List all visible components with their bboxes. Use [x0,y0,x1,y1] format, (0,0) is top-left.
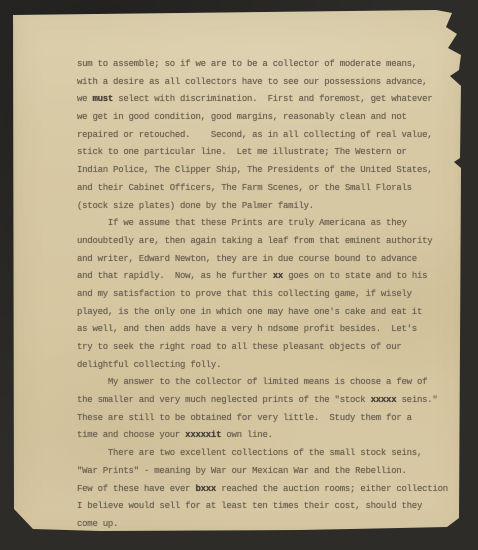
typed-text: own line. [221,430,273,440]
typed-text: as well, and then adds have a very h nds… [77,324,417,334]
typed-text: repaired or retouched. Second, as in all… [77,130,432,140]
text-line: and that rapidly. Now, as he further xx … [77,268,437,286]
text-line: undoubtedly are, then again taking a lea… [77,233,437,251]
typed-text: the smaller and very much neglected prin… [77,395,371,405]
typed-text: If we assume that these Prints are truly… [77,218,407,228]
typed-strikeover: xx [273,271,283,281]
text-line: stick to one particular line. Let me ill… [77,144,437,162]
text-line: (stock size plates) done by the Palmer f… [77,198,437,216]
typed-text: we [77,94,92,104]
typed-strikeover: xxxxx [371,395,397,405]
text-line: we get in good condition, good margins, … [77,109,437,127]
typed-text: I believe would sell for at least ten ti… [77,501,422,511]
typed-text: stick to one particular line. Let me ill… [77,147,407,157]
text-line: with a desire as all collectors have to … [77,74,437,92]
text-line: we must select with discrimination. Firs… [77,91,437,109]
text-line: played, is the only one in which one may… [77,304,437,322]
typed-text: and that rapidly. Now, as he further [77,271,273,281]
typed-text: Few of these have ever [77,484,195,494]
typed-strikeover: xxxxxit [185,430,221,440]
typed-strikeover: bxxx [195,484,216,494]
typed-text: try to seek the right road to all these … [77,342,402,352]
typed-text: These are still to be obtained for very … [77,413,412,423]
typed-text: There are two excellent collections of t… [77,448,422,458]
text-line: and my satisfaction to prove that this c… [77,286,437,304]
typed-text: and my satisfaction to prove that this c… [77,289,412,299]
text-line: "War Prints" - meaning by War our Mexica… [77,463,437,481]
typed-text: select with discrimination. First and fo… [113,94,432,104]
text-line: and their Cabinet Officers, The Farm Sce… [77,180,437,198]
text-line: as well, and then adds have a very h nds… [77,321,437,339]
typed-text: undoubtedly are, then again taking a lea… [77,236,432,246]
typed-text: seins." [396,395,437,405]
text-line: I believe would sell for at least ten ti… [77,498,437,516]
text-line: the smaller and very much neglected prin… [77,392,437,410]
text-line: There are two excellent collections of t… [77,445,437,463]
typed-text: delightful collecting folly. [77,360,221,370]
text-line: time and choose your xxxxxit own line. [77,427,437,445]
typed-text: time and choose your [77,430,185,440]
typed-strikeover: must [92,94,113,104]
typed-text: (stock size plates) done by the Palmer f… [77,201,314,211]
text-line: These are still to be obtained for very … [77,410,437,428]
typed-text: "War Prints" - meaning by War our Mexica… [77,466,407,476]
typewritten-text: sum to assemble; so if we are to be a co… [77,56,437,534]
typed-text: we get in good condition, good margins, … [77,112,407,122]
text-line: delightful collecting folly. [77,357,437,375]
typed-text: come up. [77,519,118,529]
text-line: Few of these have ever bxxx reached the … [77,481,437,499]
text-line: repaired or retouched. Second, as in all… [77,127,437,145]
typed-text: goes on to state and to his [283,271,427,281]
typed-text: reached the auction rooms; either collec… [216,484,448,494]
typed-text: My answer to the collector of limited me… [77,377,427,387]
text-line: Indian Police, The Clipper Ship, The Pre… [77,162,437,180]
text-line: try to seek the right road to all these … [77,339,437,357]
typed-text: sum to assemble; so if we are to be a co… [77,59,417,69]
text-line: and writer, Edward Newton, they are in d… [77,251,437,269]
typed-text: Indian Police, The Clipper Ship, The Pre… [77,165,432,175]
text-line: come up. [77,516,437,534]
paper-sheet: sum to assemble; so if we are to be a co… [0,0,478,550]
photo-background: sum to assemble; so if we are to be a co… [0,0,478,550]
typed-text: with a desire as all collectors have to … [77,77,427,87]
text-line: My answer to the collector of limited me… [77,374,437,392]
text-line: If we assume that these Prints are truly… [77,215,437,233]
typed-text: and writer, Edward Newton, they are in d… [77,254,417,264]
typed-text: and their Cabinet Officers, The Farm Sce… [77,183,412,193]
text-line: sum to assemble; so if we are to be a co… [77,56,437,74]
typed-text: played, is the only one in which one may… [77,307,422,317]
